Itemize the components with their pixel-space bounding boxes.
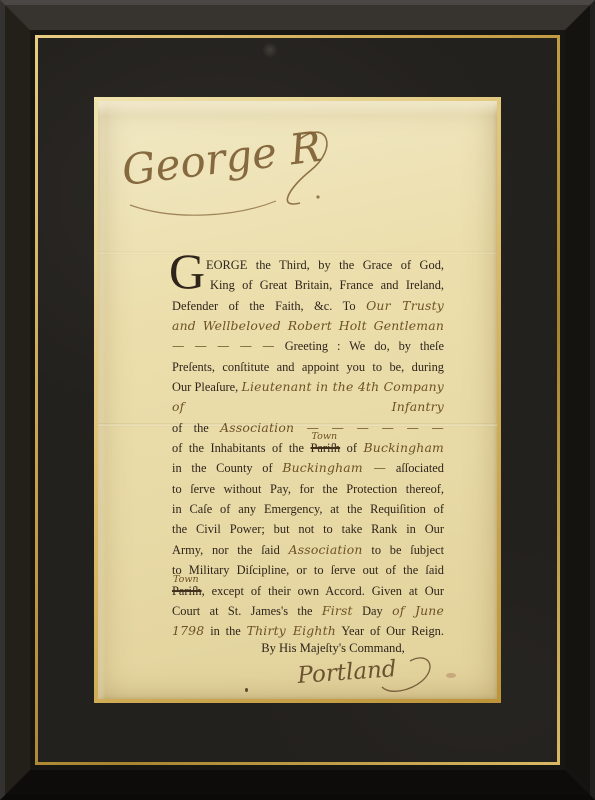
handwritten-text: Our Trusty xyxy=(366,298,444,313)
royal-signature: George R xyxy=(104,113,354,231)
document-paper: George R G EORGE the Third, by the Grace… xyxy=(98,101,497,699)
printed-text: King of Great Britain, France and Irelan… xyxy=(210,278,444,292)
printed-text: of xyxy=(340,441,363,455)
mat-board: George R G EORGE the Third, by the Grace… xyxy=(38,38,557,762)
document-text-line: Preſents, conſtitute and appoint you to … xyxy=(172,357,444,377)
document-text-line: in Caſe of any Emergency, at the Requiſi… xyxy=(172,499,444,519)
countersignature-flourish: Portland xyxy=(284,647,454,703)
handwritten-text: First xyxy=(322,603,353,618)
dropcap-letter: G xyxy=(169,249,205,293)
struck-word: PariſhTown xyxy=(311,441,341,455)
royal-signature-text: George R xyxy=(119,122,324,195)
printed-text: Day xyxy=(353,604,392,618)
document-text-line: of the Association — — — — — — xyxy=(172,418,444,438)
document-text-line: to ſerve without Pay, for the Protection… xyxy=(172,479,444,499)
handwritten-text: Buckingham — xyxy=(282,460,386,475)
printed-text: Our Pleaſure, xyxy=(172,380,242,394)
document-text-line: Our Pleaſure, Lieutenant in the 4th Comp… xyxy=(172,377,444,418)
document-text-line: — — — — — Greeting : We do, by theſe xyxy=(172,336,444,356)
frame-bevel: George R G EORGE the Third, by the Grace… xyxy=(5,5,590,795)
printed-text: Defender of the Faith, &c. To xyxy=(172,299,366,313)
document-text-line: in the County of Buckingham — aſſociated xyxy=(172,458,444,478)
printed-text: Court at St. James's the xyxy=(172,604,322,618)
printed-text: aſſociated xyxy=(386,461,444,475)
printed-text: EORGE the Third, by the Grace of God, xyxy=(206,258,444,272)
printed-text: in Caſe of any Emergency, at the Requiſi… xyxy=(172,502,444,516)
inserted-word: Town xyxy=(173,574,199,585)
document-text-line: to Military Diſcipline, or to ſerve out … xyxy=(172,560,444,580)
document-text-block: G EORGE the Third, by the Grace of God,K… xyxy=(172,255,444,642)
frame-outer-edge: George R G EORGE the Third, by the Grace… xyxy=(0,0,595,800)
handwritten-text: Buckingham xyxy=(363,440,444,455)
document-text-line: EORGE the Third, by the Grace of God, xyxy=(172,255,444,275)
document-text-line: King of Great Britain, France and Irelan… xyxy=(172,275,444,295)
aperture-gold-fillet: George R G EORGE the Third, by the Grace… xyxy=(94,97,501,703)
handwritten-text: 1798 xyxy=(172,623,204,638)
handwritten-text: of June xyxy=(392,603,444,618)
printed-text: to be ſubject xyxy=(363,543,444,557)
document-text-line: PariſhTown, except of their own Accord. … xyxy=(172,581,444,601)
printed-text: Army, nor the ſaid xyxy=(172,543,289,557)
document-lines: EORGE the Third, by the Grace of God,Kin… xyxy=(172,255,444,642)
document-text-line: 1798 in the Thirty Eighth Year of Our Re… xyxy=(172,621,444,641)
document-text-line: Defender of the Faith, &c. To Our Trusty xyxy=(172,296,444,316)
handwritten-text: — — — — — xyxy=(172,338,285,353)
printed-text: , except of their own Accord. Given at O… xyxy=(202,584,444,598)
document-text-line: of the Inhabitants of the PariſhTown of … xyxy=(172,438,444,458)
countersignature: Portland xyxy=(284,647,454,703)
royal-signature-flourish: George R xyxy=(104,113,354,231)
document-text-line: and Wellbeloved Robert Holt Gentleman xyxy=(172,316,444,336)
handwritten-text: Association xyxy=(289,542,363,557)
handwritten-text: Thirty Eighth xyxy=(247,623,336,638)
document-text-line: Court at St. James's the First Day of Ju… xyxy=(172,601,444,621)
printed-text: to Military Diſcipline, or to ſerve out … xyxy=(172,563,444,577)
document-text-line: the Civil Power; but not to take Rank in… xyxy=(172,519,444,539)
document-text-line: Army, nor the ſaid Association to be ſub… xyxy=(172,540,444,560)
frame-gold-fillet: George R G EORGE the Third, by the Grace… xyxy=(35,35,560,765)
handwritten-text: and Wellbeloved Robert Holt Gentleman xyxy=(172,318,444,333)
printed-text: Greeting : We do, by theſe xyxy=(285,339,444,353)
printed-text: in the County of xyxy=(172,461,282,475)
printed-text: Preſents, conſtitute and appoint you to … xyxy=(172,360,444,374)
ink-fleck xyxy=(245,688,248,692)
printed-text: to ſerve without Pay, for the Protection… xyxy=(172,482,444,496)
frame-inner-band: George R G EORGE the Third, by the Grace… xyxy=(30,30,565,770)
printed-text: of the xyxy=(172,421,220,435)
framed-document-photo: George R G EORGE the Third, by the Grace… xyxy=(0,0,595,800)
printed-text: of the Inhabitants of the xyxy=(172,441,311,455)
printed-text: the Civil Power; but not to take Rank in… xyxy=(172,522,444,536)
printed-text: in the xyxy=(204,624,246,638)
printed-text: Year of Our Reign. xyxy=(336,624,444,638)
struck-word: PariſhTown xyxy=(172,584,202,598)
inserted-word: Town xyxy=(312,431,338,442)
countersignature-text: Portland xyxy=(296,656,398,689)
